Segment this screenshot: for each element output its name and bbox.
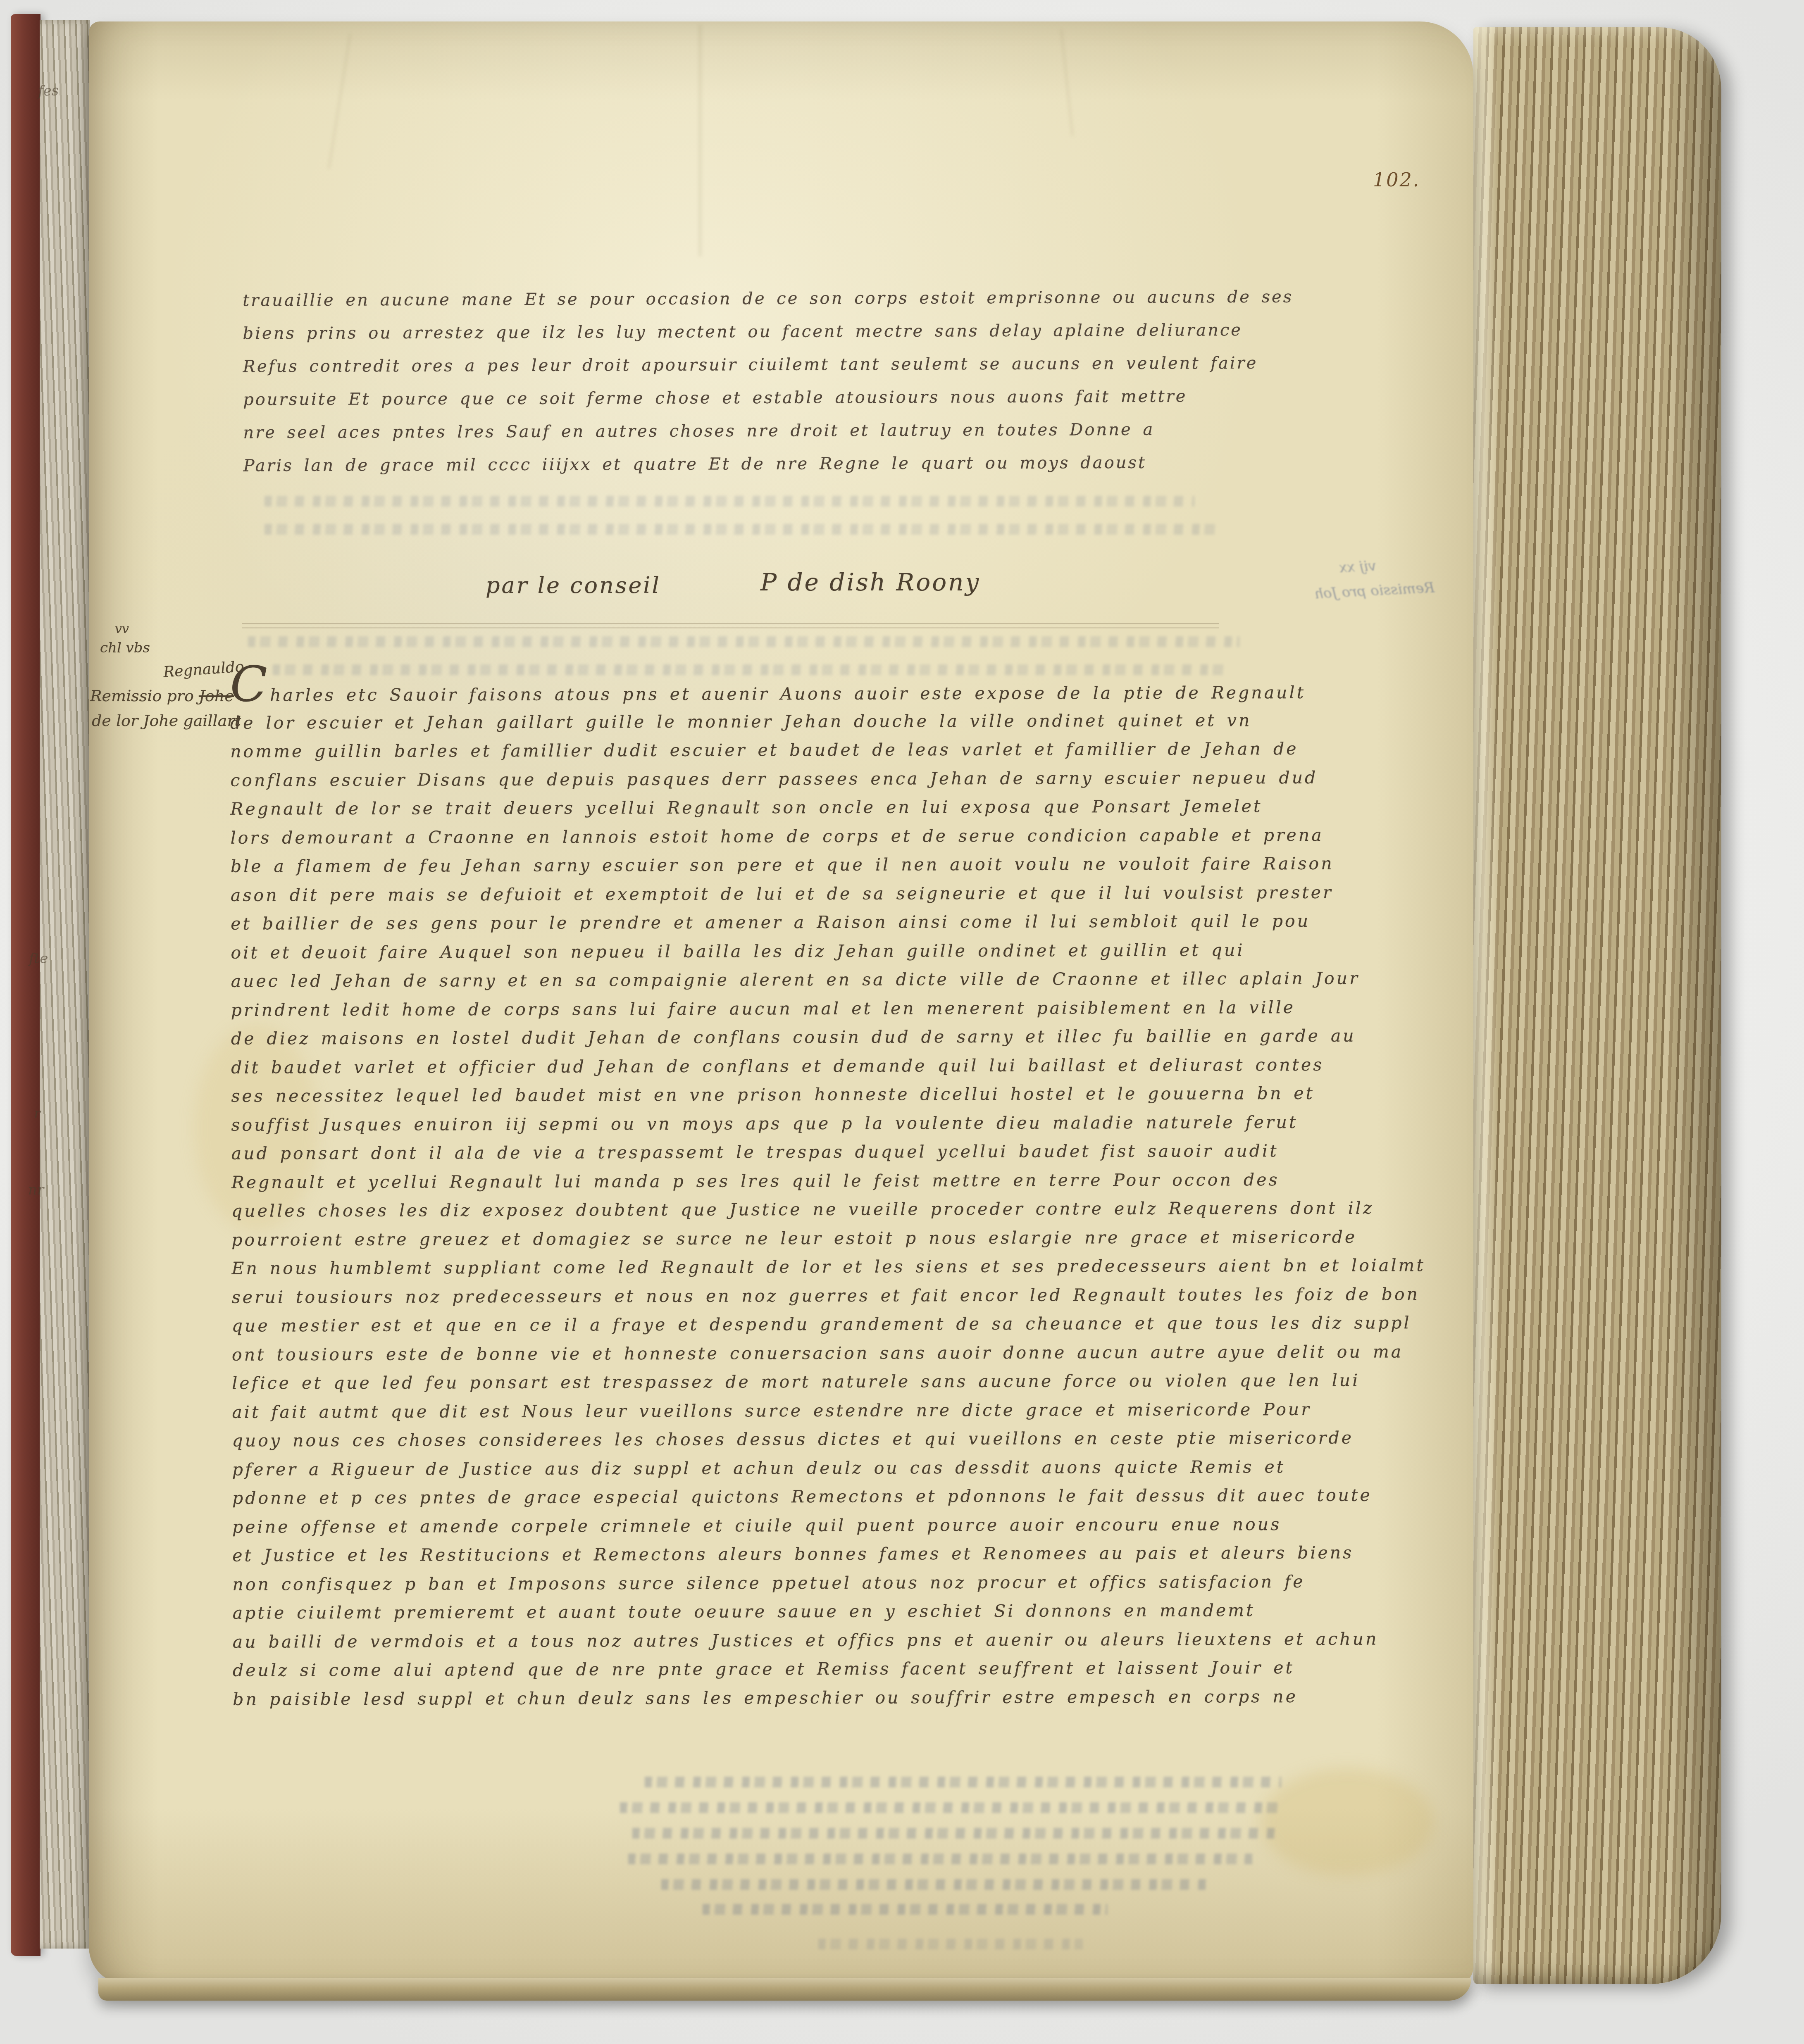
page-edge-fragment: fes: [38, 82, 59, 100]
photograph: fes fte r nr 102. vij xx Remissio pro Jo…: [0, 0, 1804, 2044]
show-through-row: [661, 1879, 1207, 1890]
show-through-row: [628, 1854, 1252, 1864]
letter-line: prindrent ledit home de corps sans lui f…: [231, 997, 1425, 1029]
letter-line: deulz si come alui aptend que de nre pnt…: [233, 1657, 1427, 1689]
show-through-row: [645, 1777, 1281, 1787]
closing-line: biens prins ou arrestez que ilz les luy …: [243, 321, 1293, 357]
letter-line: En nous humblemt suppliant come led Regn…: [231, 1255, 1425, 1287]
margin-note-names: de lor Johe gaillart: [92, 711, 241, 730]
closing-line: poursuite Et pource que ce soit ferme ch…: [243, 387, 1294, 424]
margin-note-tiny: chl vbs: [100, 640, 150, 656]
show-through-row: [818, 1939, 1083, 1949]
show-through-row: [620, 1802, 1281, 1813]
letter-line: et Justice et les Restitucions et Remect…: [232, 1542, 1426, 1574]
margin-note-remissio: Remissio pro Johe: [90, 687, 234, 705]
letter-line: auec led Jehan de sarny et en sa compaig…: [231, 968, 1425, 1000]
margin-note-struck-name: Johe: [199, 687, 234, 705]
page-edge-fragment: fte: [29, 950, 48, 967]
letter-line: aud ponsart dont il ala de vie a trespas…: [231, 1140, 1425, 1172]
page-edge-fragment: nr: [28, 1182, 44, 1198]
show-through-row: [273, 664, 1223, 675]
closing-line: trauaillie en aucune mane Et se pour occ…: [243, 288, 1293, 324]
folio-number: 102.: [1373, 169, 1420, 191]
letter-line: Charles etc Sauoir faisons atous pns et …: [230, 681, 1424, 713]
parchment-stain: [1261, 1768, 1434, 1876]
show-through-row: [703, 1904, 1108, 1915]
show-through-row: [248, 636, 1240, 647]
letter-line: au bailli de vermdois et a tous noz autr…: [233, 1629, 1427, 1661]
letter-line: ble a flamem de feu Jehan sarny escuier …: [231, 853, 1425, 885]
clerk-signature: P de dish Roony: [760, 568, 980, 596]
page-edge-fragment: r: [34, 1105, 41, 1122]
letter-line: de diez maisons en lostel dudit Jehan de…: [231, 1026, 1425, 1057]
ruling-line: [242, 623, 1219, 624]
closing-line: Refus contredit ores a pes leur droit ap…: [243, 354, 1294, 390]
letter-line: conflans escuier Disans que depuis pasqu…: [230, 767, 1424, 799]
letter-line: bn paisible lesd suppl et chun deulz san…: [233, 1686, 1427, 1718]
show-through-row: [632, 1828, 1277, 1839]
letter-line: non confisquez p ban et Imposons surce s…: [232, 1571, 1426, 1603]
bottom-page-edge: [98, 1978, 1471, 2001]
letter-line: serui tousiours noz predecesseurs et nou…: [232, 1284, 1426, 1316]
letter-line: lors demourant a Craonne en lannois esto…: [231, 825, 1425, 857]
letter-line: et baillier de ses gens pour le prendre …: [231, 911, 1425, 942]
show-through-row: [265, 496, 1194, 507]
show-through-row: [265, 524, 1215, 535]
letter-line: lefice et que led feu ponsart est trespa…: [232, 1370, 1426, 1402]
closing-line: Paris lan de grace mil cccc iiijxx et qu…: [243, 453, 1294, 490]
letter-line: dit baudet varlet et officier dud Jehan …: [231, 1054, 1425, 1086]
letter-line: pdonne et p ces pntes de grace especial …: [232, 1485, 1426, 1517]
letter-line: quelles choses les diz exposez doubtent …: [231, 1198, 1425, 1230]
letter-line: aptie ciuilemt premieremt et auant toute…: [233, 1600, 1427, 1632]
letter-line: que mestier est et que en ce il a fraye …: [232, 1313, 1426, 1344]
letter-line: peine offense et amende corpele crimnele…: [232, 1514, 1426, 1546]
letter-line: Regnault de lor se trait deuers ycellui …: [230, 796, 1424, 828]
letter-line: Regnault et ycellui Regnault lui manda p…: [231, 1169, 1425, 1201]
parchment-crease: [699, 25, 701, 256]
margin-note-prefix: Remissio pro: [90, 687, 194, 705]
closing-line: nre seel aces pntes lres Sauf en autres …: [243, 420, 1294, 457]
letter-line: ait fait autmt que dit est Nous leur vue…: [232, 1399, 1426, 1431]
letter-of-remission: Charles etc Sauoir faisons atous pns et …: [230, 681, 1427, 1718]
letter-line: pourroient estre greuez et domagiez se s…: [231, 1227, 1425, 1259]
letter-line: oit et deuoit faire Auquel son nepueu il…: [231, 940, 1425, 971]
margin-note-tiny: vv: [115, 622, 129, 636]
letter-line: souffist Jusques enuiron iij sepmi ou vn…: [231, 1112, 1425, 1144]
book-cover-board: [11, 14, 41, 1956]
left-page-edges: [40, 20, 90, 1949]
letter-line: de lor escuier et Jehan gaillart guille …: [230, 710, 1424, 742]
letter-line: ason dit pere mais se defuioit et exempt…: [231, 882, 1425, 914]
letter-line: ses necessitez lequel led baudet mist en…: [231, 1083, 1425, 1115]
letter-line: pferer a Rigueur de Justice aus diz supp…: [232, 1456, 1426, 1488]
show-through-margin-note: vij xx: [1339, 558, 1377, 576]
closing-paragraph: trauaillie en aucune mane Et se pour occ…: [243, 288, 1294, 490]
subscription-clause: par le conseil: [486, 572, 661, 598]
letter-line: nomme guillin barles et famillier dudit …: [230, 738, 1424, 770]
fore-edge-page-stack: [1473, 27, 1721, 1984]
letter-line: ont tousiours este de bonne vie et honne…: [232, 1342, 1426, 1373]
letter-line: quoy nous ces choses considerees les cho…: [232, 1428, 1426, 1459]
ruling-line: [242, 627, 1219, 628]
